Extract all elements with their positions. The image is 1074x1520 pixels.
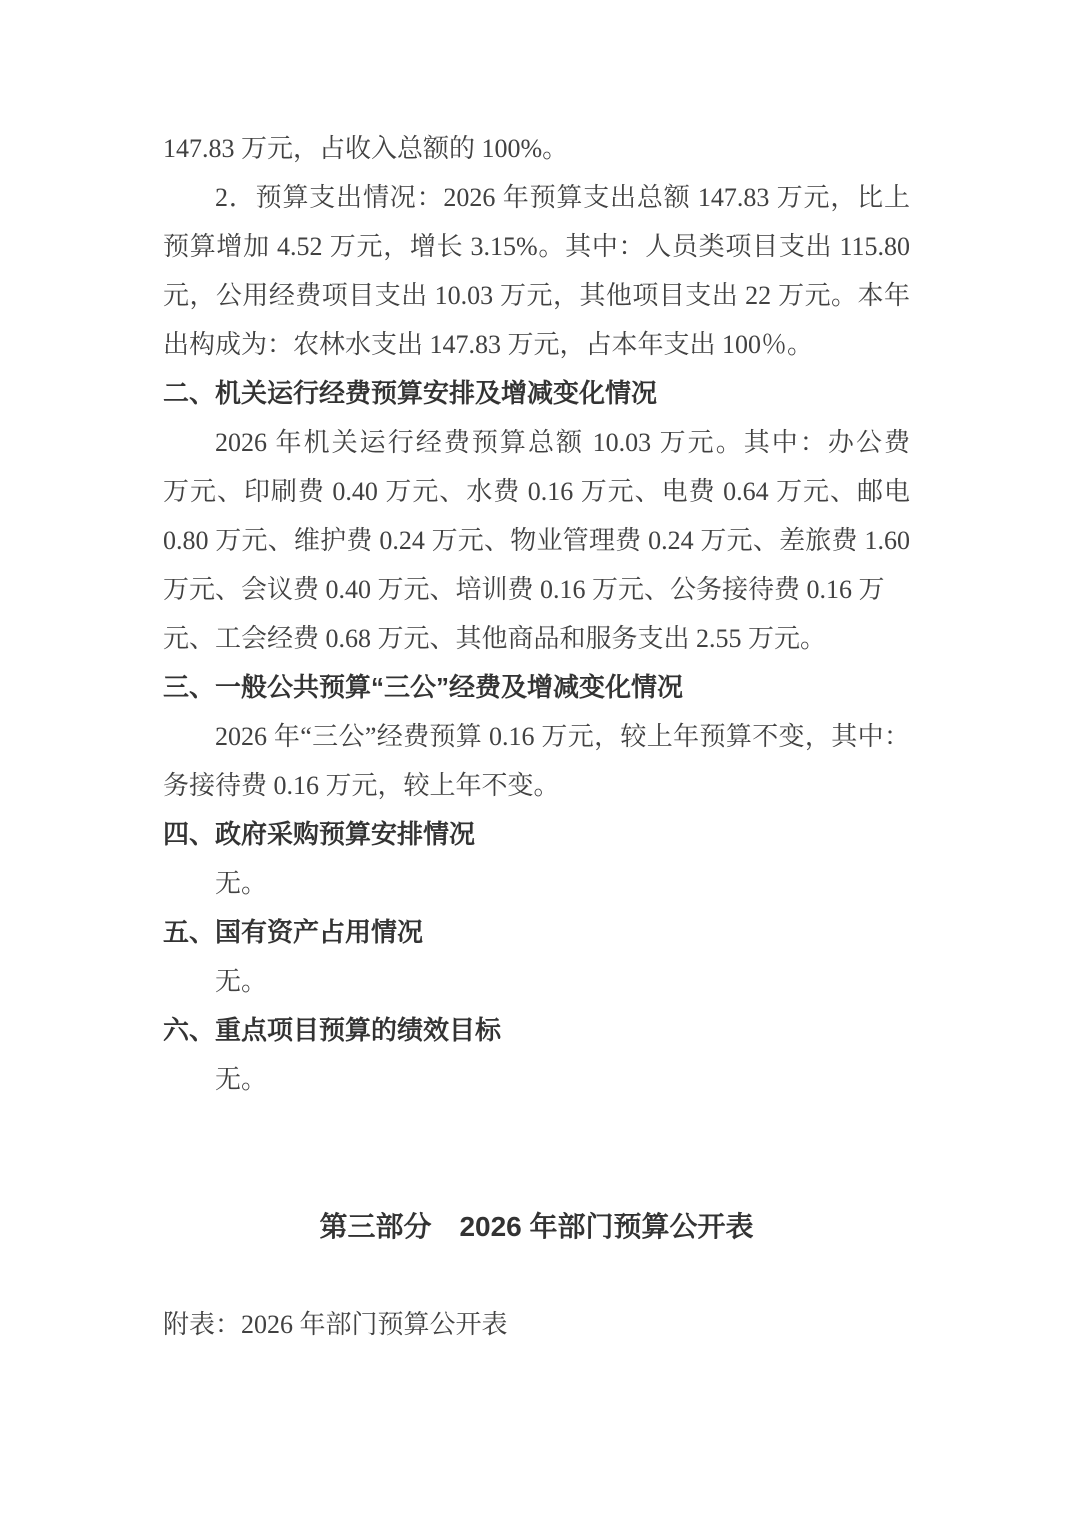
blank-line	[163, 1104, 910, 1153]
document-content: 147.83 万元，占收入总额的 100%。 2．预算支出情况：2026 年预算…	[163, 124, 910, 1349]
body-line: 2．预算支出情况：2026 年预算支出总额 147.83 万元，比上年	[163, 173, 910, 222]
body-line: 无。	[163, 859, 910, 908]
section-heading: 四、政府采购预算安排情况	[163, 810, 910, 859]
section-heading: 二、机关运行经费预算安排及增减变化情况	[163, 369, 910, 418]
body-line: 2026 年“三公”经费预算 0.16 万元，较上年预算不变，其中：公	[163, 712, 910, 761]
part-title: 第三部分 2026 年部门预算公开表	[163, 1202, 910, 1251]
body-line: 147.83 万元，占收入总额的 100%。	[163, 124, 910, 173]
body-line: 预算增加 4.52 万元，增长 3.15%。其中：人员类项目支出 115.80 …	[163, 222, 910, 271]
section-heading: 三、一般公共预算“三公”经费及增减变化情况	[163, 663, 910, 712]
body-line: 出构成为：农林水支出 147.83 万元，占本年支出 100％。	[163, 320, 910, 369]
appendix-note: 附表：2026 年部门预算公开表	[163, 1300, 910, 1349]
body-line: 无。	[163, 957, 910, 1006]
body-line: 万元、印刷费 0.40 万元、水费 0.16 万元、电费 0.64 万元、邮电费	[163, 467, 910, 516]
document-page: 147.83 万元，占收入总额的 100%。 2．预算支出情况：2026 年预算…	[0, 0, 1074, 1520]
body-line: 0.80 万元、维护费 0.24 万元、物业管理费 0.24 万元、差旅费 1.…	[163, 516, 910, 565]
body-line: 万元、会议费 0.40 万元、培训费 0.16 万元、公务接待费 0.16 万	[163, 565, 910, 614]
section-heading: 五、国有资产占用情况	[163, 908, 910, 957]
body-line: 无。	[163, 1055, 910, 1104]
section-heading: 六、重点项目预算的绩效目标	[163, 1006, 910, 1055]
blank-line	[163, 1153, 910, 1202]
body-line: 务接待费 0.16 万元，较上年不变。	[163, 761, 910, 810]
blank-line	[163, 1251, 910, 1300]
body-line: 2026 年机关运行经费预算总额 10.03 万元。其中：办公费 2.00	[163, 418, 910, 467]
body-line: 元，公用经费项目支出 10.03 万元，其他项目支出 22 万元。本年支	[163, 271, 910, 320]
body-line: 元、工会经费 0.68 万元、其他商品和服务支出 2.55 万元。	[163, 614, 910, 663]
